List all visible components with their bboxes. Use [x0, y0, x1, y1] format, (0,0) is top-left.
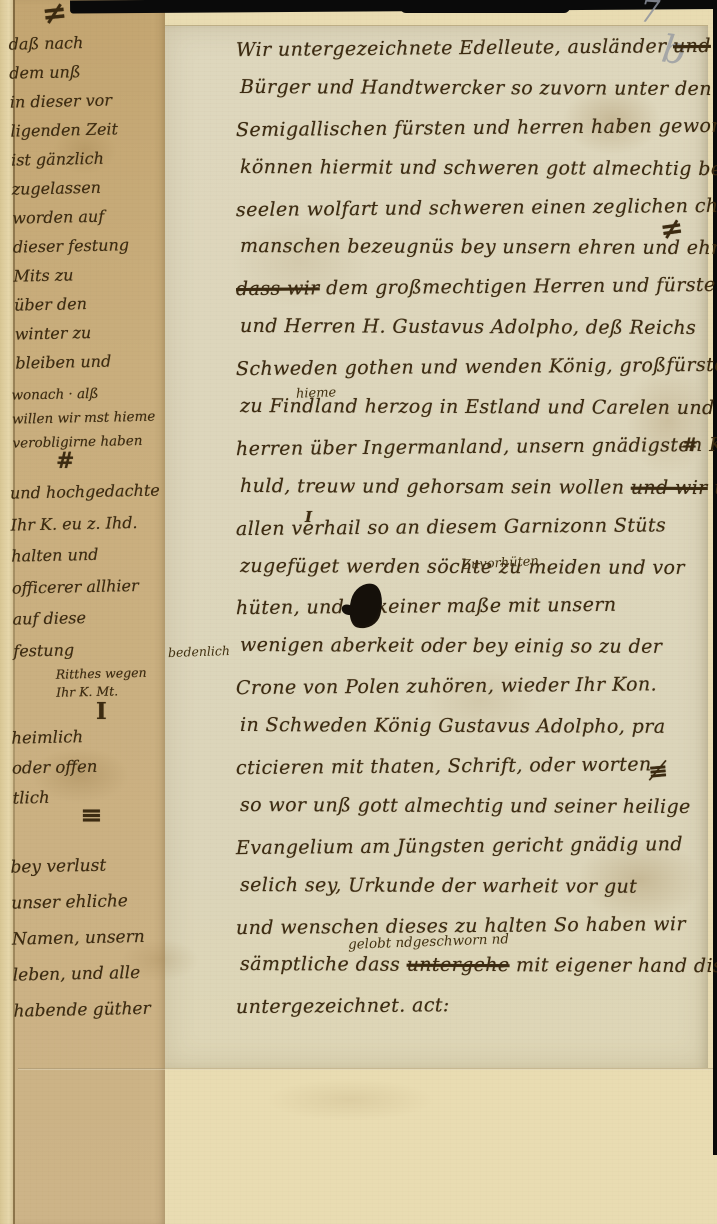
margin-note-line: verobligirne haben: [12, 428, 167, 455]
manuscript-line: cticieren mit thaten, Schrift, oder wort…: [236, 744, 710, 788]
manuscript-text: allen verhail so an diesem Garnizonn Stü…: [236, 514, 666, 540]
manuscript-line: in Schweden König Gustavus Adolpho, pra: [240, 705, 714, 747]
margin-note-line: halten und: [11, 537, 167, 572]
manuscript-line: hüten, und in keiner maße mit unsern: [236, 584, 710, 628]
margin-note-line: und hochgedachte: [10, 474, 166, 509]
margin-note-line: bey verlust: [10, 846, 166, 885]
manuscript-line: Wir untergezeichnete Edelleute, auslände…: [236, 26, 710, 70]
double-stroke-mark-icon: ≠: [40, 0, 69, 32]
manuscript-text: Bürger und Handtwercker so zuvorn unter …: [240, 76, 712, 100]
insertion-caret-icon: I: [305, 508, 312, 526]
manuscript-text: so wor unß gott almechtig und seiner hei…: [240, 794, 691, 818]
margin-notes-group-c: und hochgedachteIhr K. eu z. Ihd.halten …: [10, 474, 170, 702]
margin-note-line: daß nach: [8, 26, 164, 58]
margin-note-line: Ihr K. eu z. Ihd.: [10, 506, 166, 541]
manuscript-line: manschen bezeugnüs bey unsern ehren und …: [240, 226, 714, 268]
manuscript-page: 7 b daß nachdem unßin dieser vorligenden…: [0, 0, 717, 1224]
sheet-bottom-edge: [18, 1068, 717, 1070]
margin-note-line: in dieser vor: [10, 84, 166, 116]
manuscript-text: hüten, und in keiner maße mit unsern: [236, 594, 617, 619]
manuscript-text: manschen bezeugnüs bey unsern ehren und …: [240, 235, 717, 260]
margin-note-line: willen wir mst hieme: [12, 404, 167, 431]
margin-note-line: bleiben und: [15, 345, 171, 377]
manuscript-text: sämptliche dass: [240, 953, 407, 976]
scan-border-top: [70, 0, 717, 14]
struck-out-text: und: [673, 35, 711, 57]
manuscript-line: seelen wolfart und schweren einen zeglic…: [236, 185, 710, 229]
manuscript-text: dem großmechtigen Herren und fürsten: [320, 274, 717, 300]
manuscript-line: können hiermit und schweren gott almecht…: [240, 147, 714, 189]
manuscript-text: und Herren H. Gustavus Adolpho, deß Reic…: [240, 315, 696, 339]
manuscript-text: huld, treuw und gehorsam sein wollen: [240, 475, 631, 499]
manuscript-line: Semigallischen fürsten und herren haben …: [236, 106, 710, 150]
manuscript-text: seelen wolfart und schweren einen zeglic…: [236, 194, 717, 221]
margin-note-line: leben, und alle: [12, 954, 168, 993]
manuscript-text: Semigallischen fürsten und herren haben …: [236, 114, 717, 141]
manuscript-text: herren über Ingermanland, unsern gnädigs…: [236, 433, 717, 460]
manuscript-line: huld, treuw und gehorsam sein wollen und…: [240, 466, 714, 508]
manuscript-text: in Schweden König Gustavus Adolpho, pra: [240, 714, 666, 738]
margin-notes-group-a: daß nachdem unßin dieser vorligenden Zei…: [8, 26, 170, 377]
margin-note-line: habende güther: [13, 990, 169, 1029]
margin-note-line: oder offen: [12, 750, 168, 783]
manuscript-line: sämptliche dass untergehe mit eigener ha…: [240, 944, 714, 986]
margin-note-line: officerer allhier: [12, 569, 168, 604]
double-stroke-mark-icon: ≠: [658, 211, 686, 247]
struck-out-text: dass wir: [236, 278, 320, 301]
manuscript-text: Evangelium am Jüngsten gericht gnädig un…: [236, 833, 683, 859]
margin-note-line: heimlich: [11, 720, 167, 753]
interlinear-correction: hieme: [296, 385, 337, 401]
manuscript-line: untergezeichnet. act:: [236, 983, 710, 1027]
roman-numeral-mark-icon: I: [96, 698, 107, 725]
manuscript-text: untergezeichnet. act:: [236, 995, 450, 1019]
manuscript-line: dass wir dem großmechtigen Herren und fü…: [236, 265, 710, 309]
manuscript-text: mit eigener hand dis: [510, 955, 717, 978]
margin-note-line: dieser festung: [13, 229, 169, 261]
margin-note-line: ligenden Zeit: [10, 113, 166, 145]
manuscript-text: Crone von Polen zuhören, wieder Ihr Kon.: [236, 674, 657, 700]
manuscript-line: selich sey, Urkunde der warheit vor gut: [240, 865, 714, 907]
manuscript-line: Bürger und Handtwercker so zuvorn unter …: [240, 67, 714, 109]
struck-out-text: untergehe: [407, 954, 510, 976]
hash-mark-icon: #: [56, 448, 74, 474]
margin-note-line: Ritthes wegen: [56, 663, 169, 683]
interlinear-correction: bedenlich: [168, 643, 230, 660]
manuscript-text: können hiermit und schweren gott almecht…: [240, 156, 717, 180]
manuscript-text: selich sey, Urkunde der warheit vor gut: [240, 874, 637, 898]
margin-note-line: winter zu: [14, 316, 170, 348]
margin-note-line: Mits zu: [13, 258, 169, 290]
manuscript-text: und: [708, 477, 717, 499]
margin-note-line: Namen, unsern: [12, 918, 168, 957]
margin-note-line: über den: [14, 287, 170, 319]
triple-bar-mark-icon: ≡: [80, 800, 103, 831]
triple-bar-mark-icon: ≢: [647, 755, 670, 786]
manuscript-text: Schweden gothen und wenden König, großfü…: [236, 354, 717, 380]
manuscript-line: Schweden gothen und wenden König, großfü…: [236, 345, 710, 389]
manuscript-line: wenigen aberkeit oder bey einig so zu de…: [240, 625, 714, 667]
margin-note-line: wonach · alß: [11, 380, 166, 407]
scan-border-top-notch: [400, 6, 570, 13]
manuscript-line: Crone von Polen zuhören, wieder Ihr Kon.: [236, 664, 710, 708]
manuscript-text: wenigen aberkeit oder bey einig so zu de…: [240, 634, 662, 658]
margin-note-line: Ihr K. Mt.: [56, 681, 169, 701]
margin-notes-group-e: bey verlustunser ehlicheNamen, unsernleb…: [10, 846, 169, 1029]
margin-note-line: worden auf: [12, 200, 168, 232]
struck-out-text: und wir: [631, 476, 708, 498]
manuscript-line: Evangelium am Jüngsten gericht gnädig un…: [236, 824, 710, 868]
body-text-block: Wir untergezeichnete Edelleute, auslände…: [236, 28, 710, 1025]
margin-note-line: ist gänzlich: [11, 142, 167, 174]
margin-note-line: auf diese: [12, 600, 168, 635]
margin-note-line: zugelassen: [11, 171, 167, 203]
hash-mark-icon: #: [682, 434, 698, 456]
margin-note-line: festung: [13, 632, 169, 667]
manuscript-text: cticieren mit thaten, Schrift, oder wort…: [236, 753, 652, 779]
margin-note-line: dem unß: [9, 55, 165, 87]
manuscript-line: und Herren H. Gustavus Adolpho, deß Reic…: [240, 306, 714, 348]
margin-notes-group-b: wonach · alßwillen wir mst hiemeveroblig…: [11, 380, 167, 455]
manuscript-line: so wor unß gott almechtig und seiner hei…: [240, 785, 714, 827]
manuscript-text: Wir untergezeichnete Edelleute, auslände…: [236, 35, 673, 61]
margin-note-line: unser ehliche: [11, 882, 167, 921]
manuscript-line: herren über Ingermanland, unsern gnädigs…: [236, 425, 710, 469]
